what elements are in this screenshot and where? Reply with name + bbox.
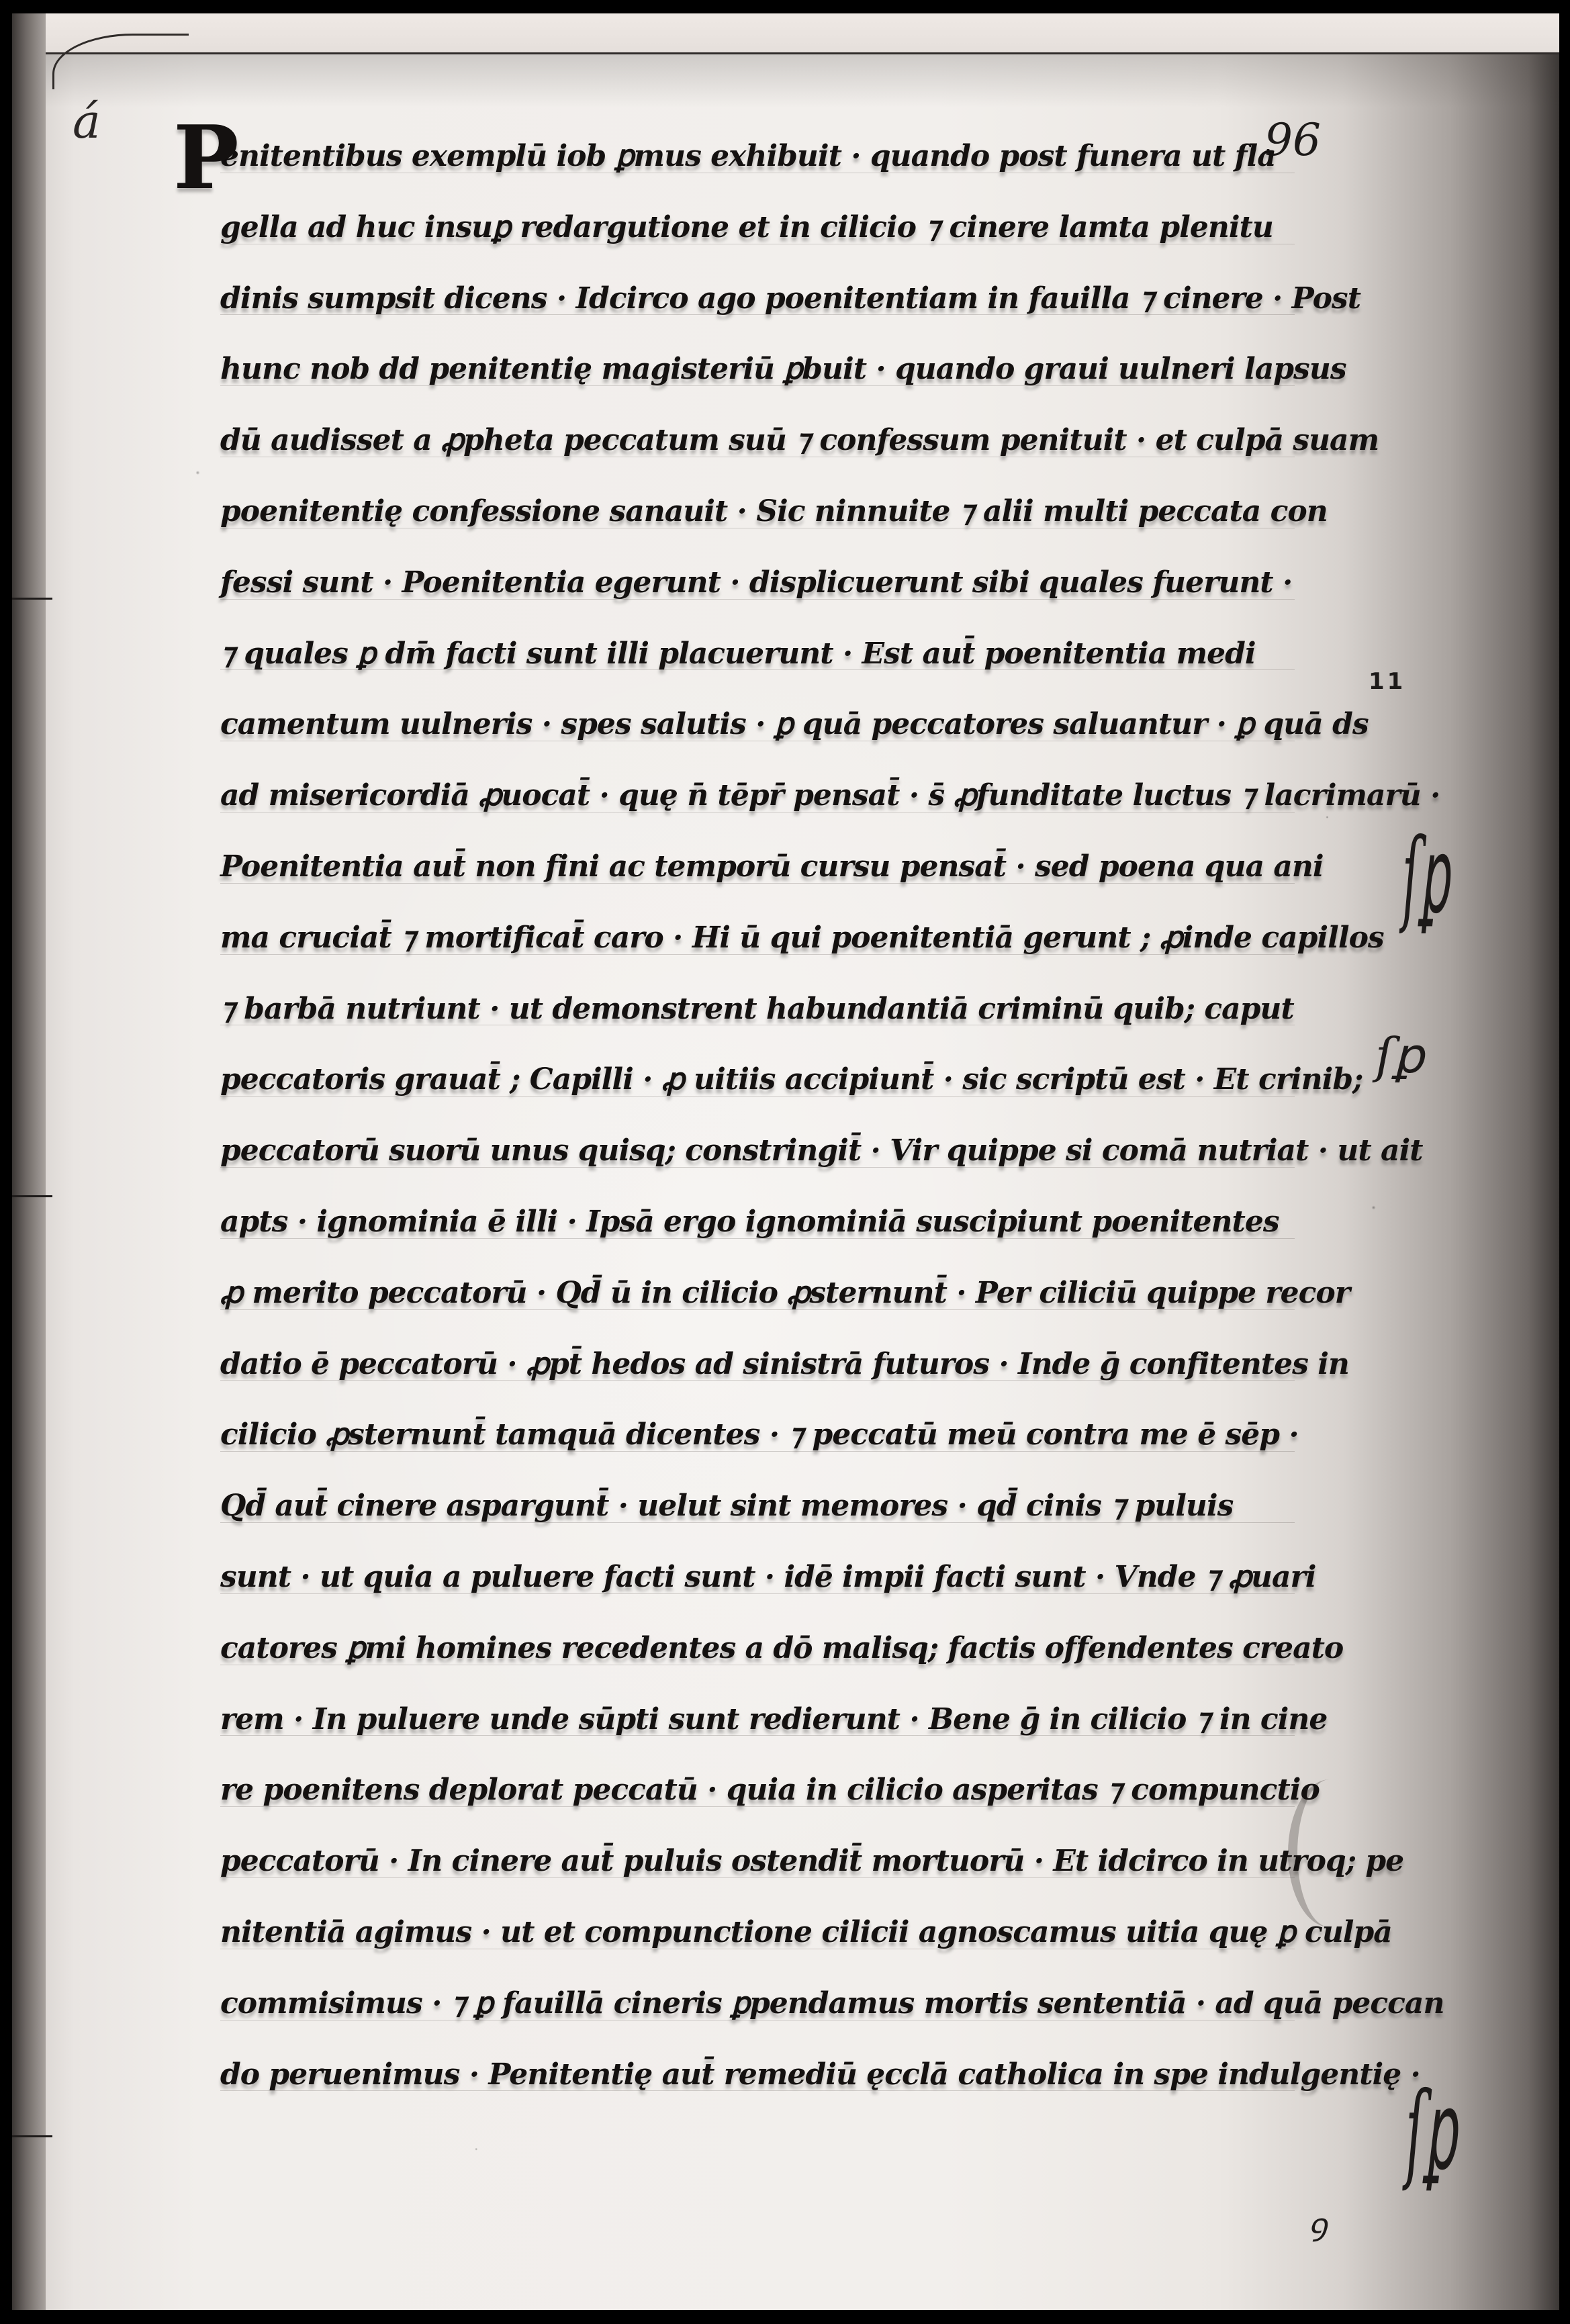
text-line: P enitentibus exemplū iob ꝑmus exhibuit … (220, 121, 1295, 192)
text-line: dinis sumpsit dicens · Idcirco ago poeni… (220, 263, 1295, 334)
text-line-content: enitentibus exemplū iob ꝑmus exhibuit · … (220, 139, 1276, 173)
text-line: poenitentię confessione sanauit · Sic ni… (220, 476, 1295, 547)
manuscript-folio: á 96 11 ſꝑ ſꝑ ſꝑ ꝰ P enitentibus exemplū… (12, 13, 1559, 2310)
binding-notch (12, 598, 52, 600)
text-line: peccatorū suorū unus quisq; constringit̄… (220, 1115, 1295, 1187)
nota-mark-icon: ſꝑ (1375, 1027, 1424, 1084)
text-line: camentum uulneris · spes salutis · ꝑ quā… (220, 689, 1295, 760)
binding-gutter (12, 13, 46, 2310)
text-line: catores ꝑmi homines recedentes a dō mali… (220, 1613, 1295, 1684)
text-line: Qd̄ aut̄ cinere aspargunt̄ · uelut sint … (220, 1471, 1295, 1542)
nota-mark-icon: ſꝑ (1402, 816, 1449, 937)
folio-top-edge (12, 13, 1559, 54)
text-line: nitentiā agimus · ut et compunctione cil… (220, 1897, 1295, 1968)
nota-mark-icon: ꝰ (1305, 2196, 1324, 2264)
text-line: ⁊ barbā nutriunt · ut demonstrent habund… (220, 974, 1295, 1045)
text-line: sunt · ut quia a puluere facti sunt · id… (220, 1542, 1295, 1613)
text-line: ꝓ merito peccatorū · Qd̄ ū in cilicio ꝓs… (220, 1258, 1295, 1329)
text-line: peccatoris grauat̄ ; Capilli · ꝓ uitiis … (220, 1044, 1295, 1115)
text-line: re poenitens deplorat peccatū · quia in … (220, 1755, 1295, 1826)
text-line: ma cruciat̄ ⁊ mortificat̄ caro · Hi ū qu… (220, 902, 1295, 974)
photograph-frame: á 96 11 ſꝑ ſꝑ ſꝑ ꝰ P enitentibus exemplū… (12, 13, 1559, 2310)
text-line: gella ad huc insuꝑ redargutione et in ci… (220, 192, 1295, 263)
text-line: hunc nob dd penitentię magisteriū ꝑbuit … (220, 334, 1295, 405)
text-line: datio ē peccatorū · ꝓpt̄ hedos ad sinist… (220, 1329, 1295, 1400)
text-line: peccatorū · In cinere aut̄ puluis ostend… (220, 1826, 1295, 1897)
margin-number: 11 (1369, 668, 1405, 695)
text-line: commisimus · ⁊ ꝑ fauillā cineris ꝑpendam… (220, 1968, 1295, 2039)
binding-notch (12, 1195, 52, 1197)
binding-notch (12, 2135, 52, 2137)
manuscript-text-block: P enitentibus exemplū iob ꝑmus exhibuit … (220, 121, 1295, 2110)
initial-letter: P (173, 114, 238, 201)
text-line: fessi sunt · Poenitentia egerunt · displ… (220, 547, 1295, 618)
text-line: Poenitentia aut̄ non fini ac temporū cur… (220, 831, 1295, 902)
text-line: ad misericordiā ꝓuocat̄ · quę n̄ tēpr̄ p… (220, 760, 1295, 831)
text-line: do peruenimus · Penitentię aut̄ remediū … (220, 2039, 1295, 2110)
text-line: ⁊ quales ꝑ dm̄ facti sunt illi placuerun… (220, 618, 1295, 690)
text-line: cilicio ꝓsternunt̄ tamquā dicentes · ⁊ p… (220, 1399, 1295, 1471)
text-line: dū audisset a ꝓpheta peccatum suū ⁊ conf… (220, 405, 1295, 476)
text-line: apts · ignominia ē illi · Ipsā ergo igno… (220, 1187, 1295, 1258)
left-margin-annotation: á (73, 94, 101, 149)
text-line: rem · In puluere unde sūpti sunt redieru… (220, 1684, 1295, 1755)
